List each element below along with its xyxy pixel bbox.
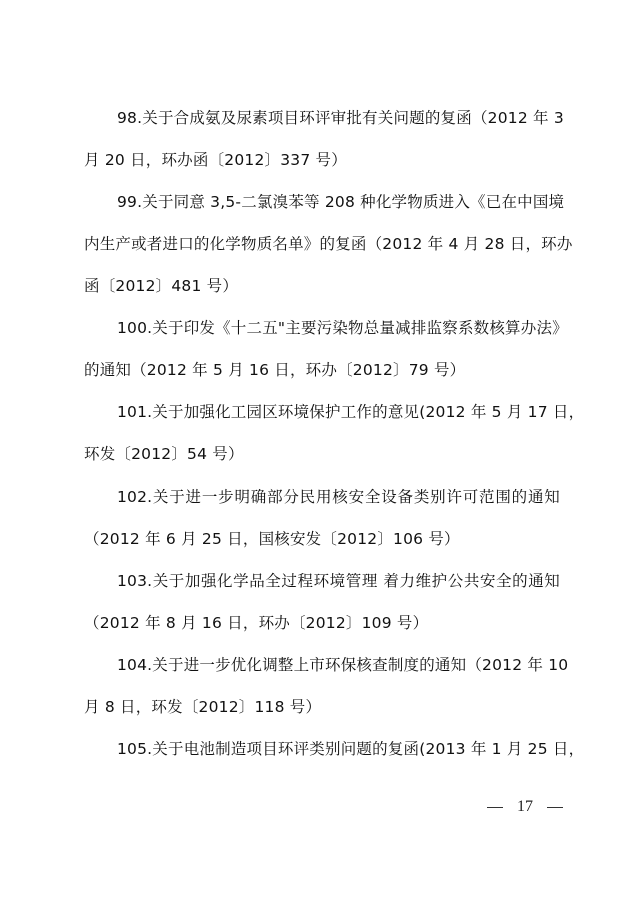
document-page: 98.关于合成氨及尿素项目环评审批有关问题的复函（2012 年 3 月 20 日…	[0, 0, 640, 905]
item-101-line-2: 环发〔2012〕54 号）	[84, 442, 560, 466]
item-99-line-3: 函〔2012〕481 号）	[84, 274, 560, 298]
item-103-line-2: （2012 年 8 月 16 日，环办〔2012〕109 号）	[84, 611, 560, 635]
item-98-line-2: 月 20 日，环办函〔2012〕337 号）	[84, 148, 560, 172]
item-104-line-2: 月 8 日，环发〔2012〕118 号）	[84, 695, 560, 719]
item-105-line-1: 105.关于电池制造项目环评类别问题的复函(2013 年 1 月 25 日，	[117, 737, 560, 761]
item-100-line-2: 的通知（2012 年 5 月 16 日，环办〔2012〕79 号）	[84, 358, 560, 382]
item-104-line-1: 104.关于进一步优化调整上市环保核查制度的通知（2012 年 10	[117, 653, 560, 677]
item-98-line-1: 98.关于合成氨及尿素项目环评审批有关问题的复函（2012 年 3	[117, 106, 560, 130]
page-number: 17	[470, 795, 580, 819]
item-100-line-1: 100.关于印发《十二五"主要污染物总量减排监察系数核算办法》	[117, 316, 560, 340]
item-103-line-1: 103.关于加强化学品全过程环境管理 着力维护公共安全的通知	[117, 569, 560, 593]
item-99-line-1: 99.关于同意 3,5-二氯溴苯等 208 种化学物质进入《已在中国境	[117, 190, 560, 214]
dash-right	[547, 807, 563, 808]
item-102-line-1: 102.关于进一步明确部分民用核安全设备类别许可范围的通知	[117, 485, 560, 509]
item-102-line-2: （2012 年 6 月 25 日，国核安发〔2012〕106 号）	[84, 527, 560, 551]
dash-left	[487, 807, 503, 808]
item-101-line-1: 101.关于加强化工园区环境保护工作的意见(2012 年 5 月 17 日，	[117, 400, 560, 424]
item-99-line-2: 内生产或者进口的化学物质名单》的复函（2012 年 4 月 28 日，环办	[84, 232, 560, 256]
page-number-value: 17	[517, 795, 533, 819]
